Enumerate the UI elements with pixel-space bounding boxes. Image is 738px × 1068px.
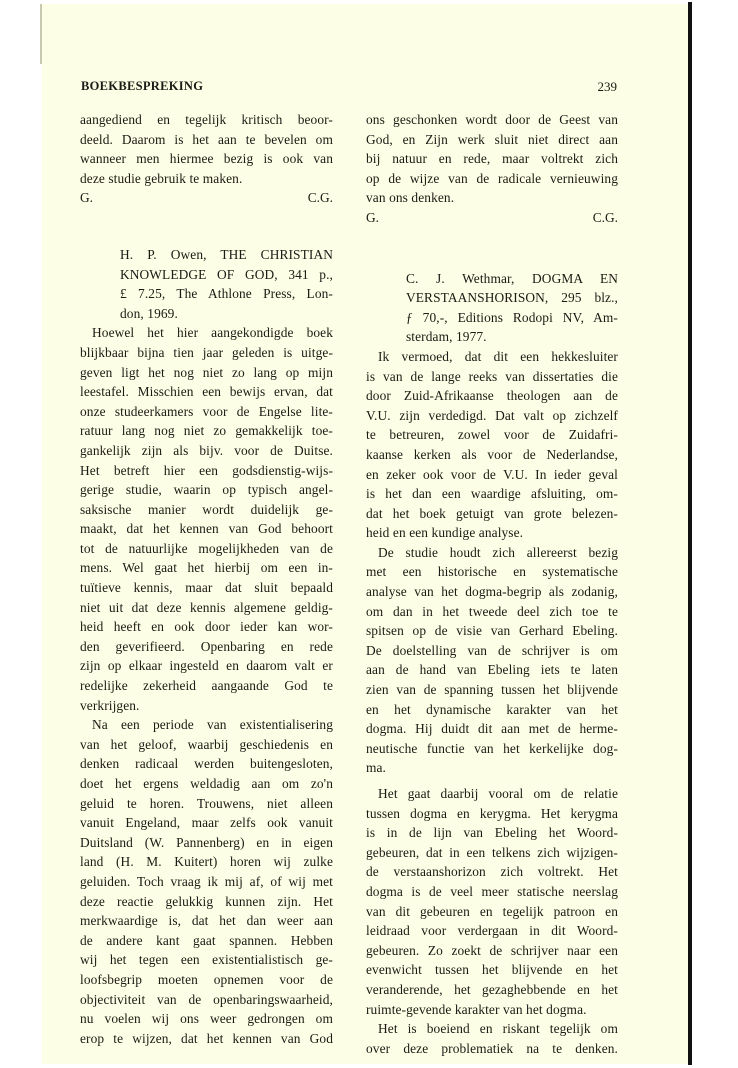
text-line: nu voelen wij ons weer gedrongen om	[80, 1009, 333, 1029]
text-line: erop te wijzen, dat het kennen van God	[80, 1029, 333, 1049]
text-line: spitsen op de visie van Gerhard Ebeling.	[366, 621, 618, 641]
text-line: veranderende, het gezaghebbende en het	[366, 980, 618, 1000]
text-line: merkwaardige is, dat het dan weer aan	[80, 911, 333, 931]
signature-initial: G.	[366, 208, 379, 228]
text-line: is van de lange reeks van dissertaties d…	[366, 367, 618, 387]
heading-line: KNOWLEDGE OF GOD, 341 p.,	[120, 265, 333, 285]
text-line: aangediend en tegelijk kritisch beoor-	[80, 110, 333, 130]
text-line: zijn op elkaar ingesteld en daarom valt …	[80, 656, 333, 676]
review-paragraph-1: Ik vermoed, dat dit een hekkesluiter is …	[366, 347, 618, 543]
text-line: De doelstelling van de schrijver is om	[366, 641, 618, 661]
heading-line: don, 1969.	[120, 304, 333, 324]
running-head: BOEKBESPREKING	[81, 79, 203, 94]
text-line: Het gaat daarbij vooral om de relatie	[366, 784, 618, 804]
text-line: ma.	[366, 758, 618, 778]
text-line: mens. Wel gaat het hierbij om een in-	[80, 558, 333, 578]
heading-line: ƒ 70,-, Editions Rodopi NV, Am-	[406, 308, 618, 328]
text-line: aan de hand van Ebeling iets te laten	[366, 660, 618, 680]
text-line: wij het tegen een existentialistisch ge-	[80, 950, 333, 970]
text-line: kaanse kerken als voor de Nederlandse,	[366, 445, 618, 465]
text-line: de andere kant gaat spannen. Hebben	[80, 931, 333, 951]
text-line: tuïtieve kennis, maar dat sluit bepaald	[80, 578, 333, 598]
text-line: saksische manier wordt duidelijk ge-	[80, 500, 333, 520]
text-line: Hoewel het hier aangekondigde boek	[80, 323, 333, 343]
review-paragraph-1: Hoewel het hier aangekondigde boek blijk…	[80, 323, 333, 715]
text-line: ons geschonken wordt door de Geest van	[366, 110, 618, 130]
left-column: aangediend en tegelijk kritisch beoor- d…	[80, 110, 333, 1048]
scan-border-bar	[688, 2, 692, 1065]
text-line: deeld. Daarom is het aan te bevelen om	[80, 130, 333, 150]
signature: G. C.G.	[366, 208, 618, 228]
signature-author: C.G.	[593, 208, 618, 228]
text-line: tot de natuurlijke mogelijkheden van de	[80, 539, 333, 559]
text-line: ruimte-gevende karakter van het dogma.	[366, 1000, 618, 1020]
heading-line: H. P. Owen, THE CHRISTIAN	[120, 245, 333, 265]
text-line: onze studeerkamers voor de Engelse lite-	[80, 402, 333, 422]
text-line: tussen dogma en kerygma. Het kerygma	[366, 804, 618, 824]
review-heading: C. J. Wethmar, DOGMA EN VERSTAANSHORISON…	[366, 269, 618, 347]
text-line: vanuit Engeland, maar zelfs ook vanuit	[80, 813, 333, 833]
text-line: God, en Zijn werk sluit niet direct aan	[366, 130, 618, 150]
text-line: verkrijgen.	[80, 696, 333, 716]
text-line: analyse van het dogma-begrip als zodanig…	[366, 582, 618, 602]
text-line: geluiden. Toch vraag ik mij af, of wij m…	[80, 872, 333, 892]
review-heading: H. P. Owen, THE CHRISTIAN KNOWLEDGE OF G…	[80, 245, 333, 323]
page-number: 239	[563, 79, 617, 95]
text-line: van ons denken.	[366, 188, 618, 208]
continued-text: ons geschonken wordt door de Geest van G…	[366, 110, 618, 208]
text-line: om dan in het tweede deel zich toe te	[366, 602, 618, 622]
text-line: over deze problematiek na te denken.	[366, 1039, 618, 1059]
review-paragraph-2: Na een periode van existentialisering va…	[80, 715, 333, 1048]
text-line: V.U. zijn verdedigd. Dat valt op zichzel…	[366, 406, 618, 426]
signature-author: C.G.	[308, 188, 333, 208]
text-line: gebeuren, dat in een telkens zich wijzig…	[366, 843, 618, 863]
text-line: heid en een kundige analyse.	[366, 523, 618, 543]
text-line: deze studie gebruik te maken.	[80, 169, 333, 189]
text-line: denken radicaal werden buitengesloten,	[80, 754, 333, 774]
signature: G. C.G.	[80, 188, 333, 208]
review-paragraph-2: De studie houdt zich allereerst bezig me…	[366, 543, 618, 778]
text-line: Het is boeiend en riskant tegelijk om	[366, 1019, 618, 1039]
text-line: bij natuur en rede, maar voltrekt zich	[366, 149, 618, 169]
text-line: met een historische en systematische	[366, 562, 618, 582]
text-line: en zeker ook voor de V.U. In ieder geval	[366, 465, 618, 485]
page-left-edge	[40, 4, 42, 64]
heading-line: £ 7.25, The Athlone Press, Lon-	[120, 284, 333, 304]
text-line: gankelijk zijn als bijv. voor de Duitse.	[80, 441, 333, 461]
text-line: De studie houdt zich allereerst bezig	[366, 543, 618, 563]
text-line: en het dynamische karakter van het	[366, 700, 618, 720]
text-line: de verstaanshorizon zich voltrekt. Het	[366, 862, 618, 882]
text-line: op de wijze van de radicale vernieuwing	[366, 169, 618, 189]
text-line: door Zuid-Afrikaanse theologen aan de	[366, 386, 618, 406]
text-line: loofsbegrip moeten opnemen voor de	[80, 970, 333, 990]
text-line: blijkbaar bijna tien jaar geleden is uit…	[80, 343, 333, 363]
spacer	[366, 228, 618, 269]
heading-line: C. J. Wethmar, DOGMA EN	[406, 269, 618, 289]
text-line: gebeuren. Zo zoekt de schrijver naar een	[366, 941, 618, 961]
text-line: deze reactie gelukkig kunnen zijn. Het	[80, 892, 333, 912]
text-line: leidraad voor verdergaan in dit Woord-	[366, 921, 618, 941]
text-line: is in de lijn van Ebeling het Woord-	[366, 823, 618, 843]
text-line: doet het ergens weldadig aan om zo'n	[80, 774, 333, 794]
heading-line: sterdam, 1977.	[406, 327, 618, 347]
text-line: Ik vermoed, dat dit een hekkesluiter	[366, 347, 618, 367]
text-line: Het betreft hier een godsdienstig-wijs-	[80, 461, 333, 481]
text-line: maakt, dat het kennen van God behoort	[80, 519, 333, 539]
heading-line: VERSTAANSHORISON, 295 blz.,	[406, 288, 618, 308]
text-line: heid heeft en ook door ieder kan wor-	[80, 617, 333, 637]
text-line: ratuur lang nog niet zo gemakkelijk toe-	[80, 421, 333, 441]
text-line: evenwicht tussen het blijvende en het	[366, 960, 618, 980]
text-line: dogma is de veel meer statische neerslag	[366, 882, 618, 902]
text-line: den geverifieerd. Openbaring en rede	[80, 637, 333, 657]
text-line: Na een periode van existentialisering	[80, 715, 333, 735]
review-paragraph-3: Het gaat daarbij vooral om de relatie tu…	[366, 784, 618, 1019]
text-line: zien van de spanning tussen het blijvend…	[366, 680, 618, 700]
spacer	[80, 208, 333, 245]
text-line: dogma. Hij duidt dit aan met de herme-	[366, 719, 618, 739]
intro-text: aangediend en tegelijk kritisch beoor- d…	[80, 110, 333, 188]
text-line: is het dan een waardige afsluiting, om-	[366, 484, 618, 504]
text-line: wanneer men hiermee bezig is ook van	[80, 149, 333, 169]
text-line: objectiviteit van de openbaringswaarheid…	[80, 990, 333, 1010]
text-line: te betreuren, zowel voor de Zuidafri-	[366, 425, 618, 445]
text-line: Duitsland (W. Pannenberg) en in eigen	[80, 833, 333, 853]
text-line: neutische functie van het kerkelijke dog…	[366, 739, 618, 759]
text-line: land (H. M. Kuitert) horen wij zulke	[80, 852, 333, 872]
text-line: leestafel. Misschien een bewijs ervan, d…	[80, 382, 333, 402]
review-paragraph-4: Het is boeiend en riskant tegelijk om ov…	[366, 1019, 618, 1058]
text-line: gerige studie, waarin op typisch angel-	[80, 480, 333, 500]
text-line: redelijke zekerheid aangaande God te	[80, 676, 333, 696]
text-line: geluid te horen. Trouwens, niet alleen	[80, 794, 333, 814]
text-line: dat het boek getuigt van grote belezen-	[366, 504, 618, 524]
text-line: geven ligt het nog niet zo lang op mijn	[80, 363, 333, 383]
right-column: ons geschonken wordt door de Geest van G…	[366, 110, 618, 1058]
text-line: niet uit dat deze kennis algemene geldig…	[80, 598, 333, 618]
signature-initial: G.	[80, 188, 93, 208]
text-line: van dit gebeuren en tegelijk patroon en	[366, 902, 618, 922]
text-line: van het geloof, waarbij geschiedenis en	[80, 735, 333, 755]
